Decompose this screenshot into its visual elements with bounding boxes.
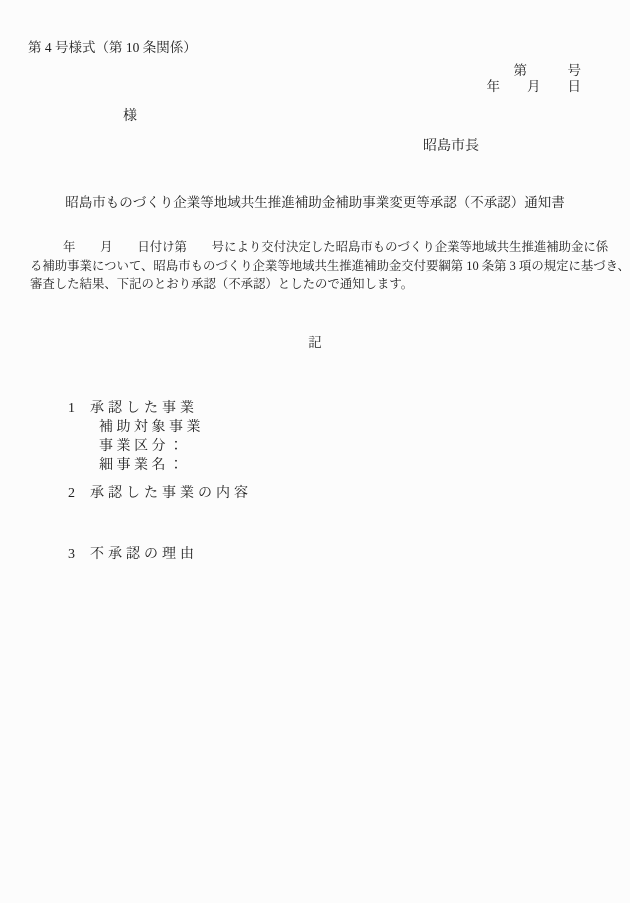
addressee-honorific: 様: [123, 110, 137, 124]
list-item-1-head: 1 承認した事業: [68, 399, 204, 418]
list-item-1-label: 承認した事業: [90, 399, 198, 418]
list-item-3-number: 3: [68, 545, 90, 564]
body-paragraph-line-3: 審査した結果、下記のとおり承認（不承認）としたので通知します。: [30, 275, 610, 294]
list-item-2-approved-content: 2 承認した事業の内容: [68, 484, 252, 503]
list-item-1-subline-business-category: 事業区分：: [99, 437, 204, 456]
list-item-3-disapproval-reason: 3 不承認の理由: [68, 545, 198, 564]
body-paragraph-line-2: る補助事業について、昭島市ものづくり企業等地域共生推進補助金交付要綱第 10 条…: [30, 257, 610, 276]
list-item-1-number: 1: [68, 399, 90, 418]
list-item-1-subline-subsidy-target: 補助対象事業: [99, 418, 204, 437]
document-title: 昭島市ものづくり企業等地域共生推進補助金補助事業変更等承認（不承認）通知書: [0, 196, 630, 210]
list-item-3-label: 不承認の理由: [90, 545, 198, 564]
sender-name: 昭島市長: [423, 140, 479, 154]
list-item-1-subline-detail-business-name: 細事業名：: [99, 456, 204, 475]
list-item-2-number: 2: [68, 484, 90, 503]
body-paragraph-line-1: 年 月 日付け第 号により交付決定した昭島市ものづくり企業等地域共生推進補助金に…: [30, 238, 610, 257]
form-number: 第 4 号様式（第 10 条関係）: [28, 41, 197, 55]
date-blank: 年 月 日: [487, 80, 582, 94]
list-item-2-label: 承認した事業の内容: [90, 484, 252, 503]
list-item-2-head: 2 承認した事業の内容: [68, 484, 252, 503]
record-marker: 記: [0, 336, 630, 350]
document-number-blank: 第 号: [514, 64, 582, 78]
body-paragraph: 年 月 日付け第 号により交付決定した昭島市ものづくり企業等地域共生推進補助金に…: [30, 238, 610, 294]
document-page: 第 4 号様式（第 10 条関係） 第 号 年 月 日 様 昭島市長 昭島市もの…: [0, 0, 630, 903]
list-item-1-approved-business: 1 承認した事業 補助対象事業 事業区分： 細事業名：: [68, 399, 204, 475]
list-item-3-head: 3 不承認の理由: [68, 545, 198, 564]
